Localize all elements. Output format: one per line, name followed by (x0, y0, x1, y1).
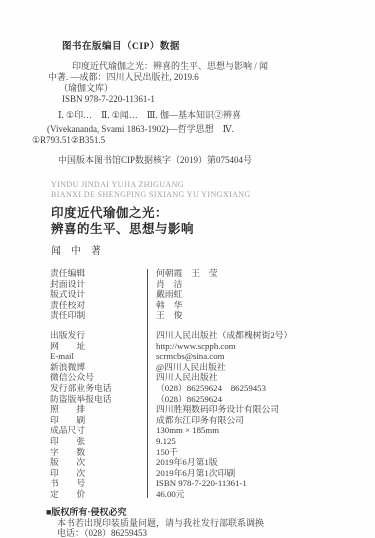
colophon-row: 防盗版举报电话 （028）86259624 (50, 394, 357, 405)
colophon-value: （028）86259624 86259453 (147, 383, 266, 394)
classification-line3: ①R793.51②B351.5 (32, 135, 357, 146)
classification-line1: Ⅰ. ①印… Ⅱ. ①闻… Ⅲ. 伽—基本知识②辨喜 (58, 110, 357, 121)
colophon-spacer (50, 321, 357, 330)
colophon-value: 王 俊 (147, 310, 182, 321)
classification-block: Ⅰ. ①印… Ⅱ. ①闻… Ⅲ. 伽—基本知识②辨喜 (Vivekananda,… (32, 110, 357, 146)
isbn-line: ISBN 978-7-220-11361-1 (62, 94, 357, 105)
colophon-row: 印 次 2019年6月第1次印刷 (50, 468, 357, 479)
colophon-row: 责任印制 王 俊 (50, 310, 357, 321)
colophon-row: 成品尺寸 130mm × 185mm (50, 425, 357, 436)
colophon-row: 封面设计 肖 洁 (50, 279, 357, 290)
label-value-divider (147, 269, 148, 498)
colophon-label: 印 次 (50, 468, 147, 479)
cip-description-line1: 印度近代瑜伽之光：辨喜的生平、思想与影响 / 闻 (72, 61, 357, 72)
title-pinyin: YINDU JINDAI YUJIA ZHIGUANG BIANXI DE SH… (51, 180, 357, 200)
colophon-label: E-mail (50, 351, 147, 362)
cip-description: 印度近代瑜伽之光：辨喜的生平、思想与影响 / 闻 中著. —成都：四川人民出版社… (32, 61, 357, 105)
classification-line2: (Vivekananda, Svami 1863-1902)—哲学思想 Ⅳ. (47, 124, 357, 135)
copyright-notice: ■版权所有·侵权必究 (46, 507, 357, 518)
colophon-label: 责任编辑 (50, 268, 147, 279)
contact-phone: 电话：（028）86259453 (57, 528, 357, 538)
colophon-row: 书 号 ISBN 978-7-220-11361-1 (50, 478, 357, 489)
colophon-value: http://www.scpph.com (147, 341, 236, 352)
colophon-value: 150千 (147, 447, 178, 458)
colophon-row: E-mail scrmcbs@sina.com (50, 351, 357, 362)
colophon-label: 版式设计 (50, 289, 147, 300)
colophon-label: 网 址 (50, 341, 147, 352)
colophon-value: 46.00元 (147, 489, 185, 500)
colophon-value: @四川人民出版社 (147, 362, 226, 373)
copyright-page: 图书在版编目（CIP）数据 印度近代瑜伽之光：辨喜的生平、思想与影响 / 闻 中… (0, 0, 375, 538)
colophon-row: 字 数 150千 (50, 447, 357, 458)
colophon-label: 定 价 (50, 489, 147, 500)
colophon-label: 责任印制 (50, 310, 147, 321)
author: 闻 中 著 (51, 242, 357, 257)
colophon-value: 四川胜翔数码印务设计有限公司 (147, 404, 279, 415)
colophon-row: 微信公众号 四川人民出版社 (50, 372, 357, 383)
colophon-row: 照 排 四川胜翔数码印务设计有限公司 (50, 404, 357, 415)
cip-description-line2: 中著. —成都：四川人民出版社, 2019.6 (48, 72, 357, 83)
colophon-value: 130mm × 185mm (147, 425, 219, 436)
colophon-row: 出版发行 四川人民出版社（成都槐树街2号） (50, 330, 357, 341)
colophon-label: 新浪微博 (50, 362, 147, 373)
series-name: （瑜伽文库） (59, 83, 357, 94)
colophon-value: 何朝霞 王 莹 (147, 268, 218, 279)
colophon-label: 版 次 (50, 457, 147, 468)
colophon-row: 发行部业务电话 （028）86259624 86259453 (50, 383, 357, 394)
colophon-label: 出版发行 (50, 330, 147, 341)
colophon-row: 定 价 46.00元 (50, 489, 357, 500)
colophon-value: 成都东江印务有限公司 (147, 415, 244, 426)
colophon-label: 印 张 (50, 436, 147, 447)
colophon-row: 责任校对 韩 华 (50, 300, 357, 311)
quality-notice: 本书若出现印装质量问题，请与我社发行部联系调换 (57, 518, 357, 529)
colophon-value: 四川人民出版社 (147, 372, 218, 383)
colophon-label: 字 数 (50, 447, 147, 458)
colophon-value: 韩 华 (147, 300, 182, 311)
title-pinyin-line1: YINDU JINDAI YUJIA ZHIGUANG (51, 180, 357, 190)
colophon-row: 版 次 2019年6月第1版 (50, 457, 357, 468)
colophon-value: 2019年6月第1版 (147, 457, 218, 468)
cip-record-number: 中国版本图书馆CIP数据核字（2019）第075404号 (58, 153, 357, 166)
colophon-row: 网 址 http://www.scpph.com (50, 341, 357, 352)
colophon-label: 发行部业务电话 (50, 383, 147, 394)
colophon-label: 责任校对 (50, 300, 147, 311)
colophon-value: ISBN 978-7-220-11361-1 (147, 478, 247, 489)
cip-heading: 图书在版编目（CIP）数据 (62, 38, 357, 52)
colophon-label: 书 号 (50, 478, 147, 489)
colophon-value: 戴雨虹 (147, 289, 182, 300)
colophon-value: 肖 洁 (147, 279, 182, 290)
colophon-row: 印 张 9.125 (50, 436, 357, 447)
colophon-label: 封面设计 (50, 279, 147, 290)
colophon-value: scrmcbs@sina.com (147, 351, 224, 362)
book-title-line1: 印度近代瑜伽之光： (51, 206, 357, 222)
copyright-footer: ■版权所有·侵权必究 本书若出现印装质量问题，请与我社发行部联系调换 电话：（0… (32, 507, 357, 538)
colophon-label: 成品尺寸 (50, 425, 147, 436)
colophon-row: 责任编辑 何朝霞 王 莹 (50, 268, 357, 279)
colophon-label: 印 刷 (50, 415, 147, 426)
colophon-value: 2019年6月第1次印刷 (147, 468, 235, 479)
book-title: 印度近代瑜伽之光： 辨喜的生平、思想与影响 (51, 206, 357, 237)
book-title-line2: 辨喜的生平、思想与影响 (51, 222, 357, 238)
colophon-label: 照 排 (50, 404, 147, 415)
colophon-value: 9.125 (147, 436, 176, 447)
colophon-table: 责任编辑 何朝霞 王 莹 封面设计 肖 洁 版式设计 戴雨虹 责任校对 韩 华 … (50, 268, 357, 499)
colophon-label: 防盗版举报电话 (50, 394, 147, 405)
colophon-value: 四川人民出版社（成都槐树街2号） (147, 330, 292, 341)
title-pinyin-line2: BIANXI DE SHENGPING SIXIANG YU YINGXIANG (51, 190, 357, 200)
colophon-value: （028）86259624 (147, 394, 222, 405)
colophon-row: 印 刷 成都东江印务有限公司 (50, 415, 357, 426)
colophon-row: 版式设计 戴雨虹 (50, 289, 357, 300)
colophon-label: 微信公众号 (50, 372, 147, 383)
colophon-row: 新浪微博 @四川人民出版社 (50, 362, 357, 373)
